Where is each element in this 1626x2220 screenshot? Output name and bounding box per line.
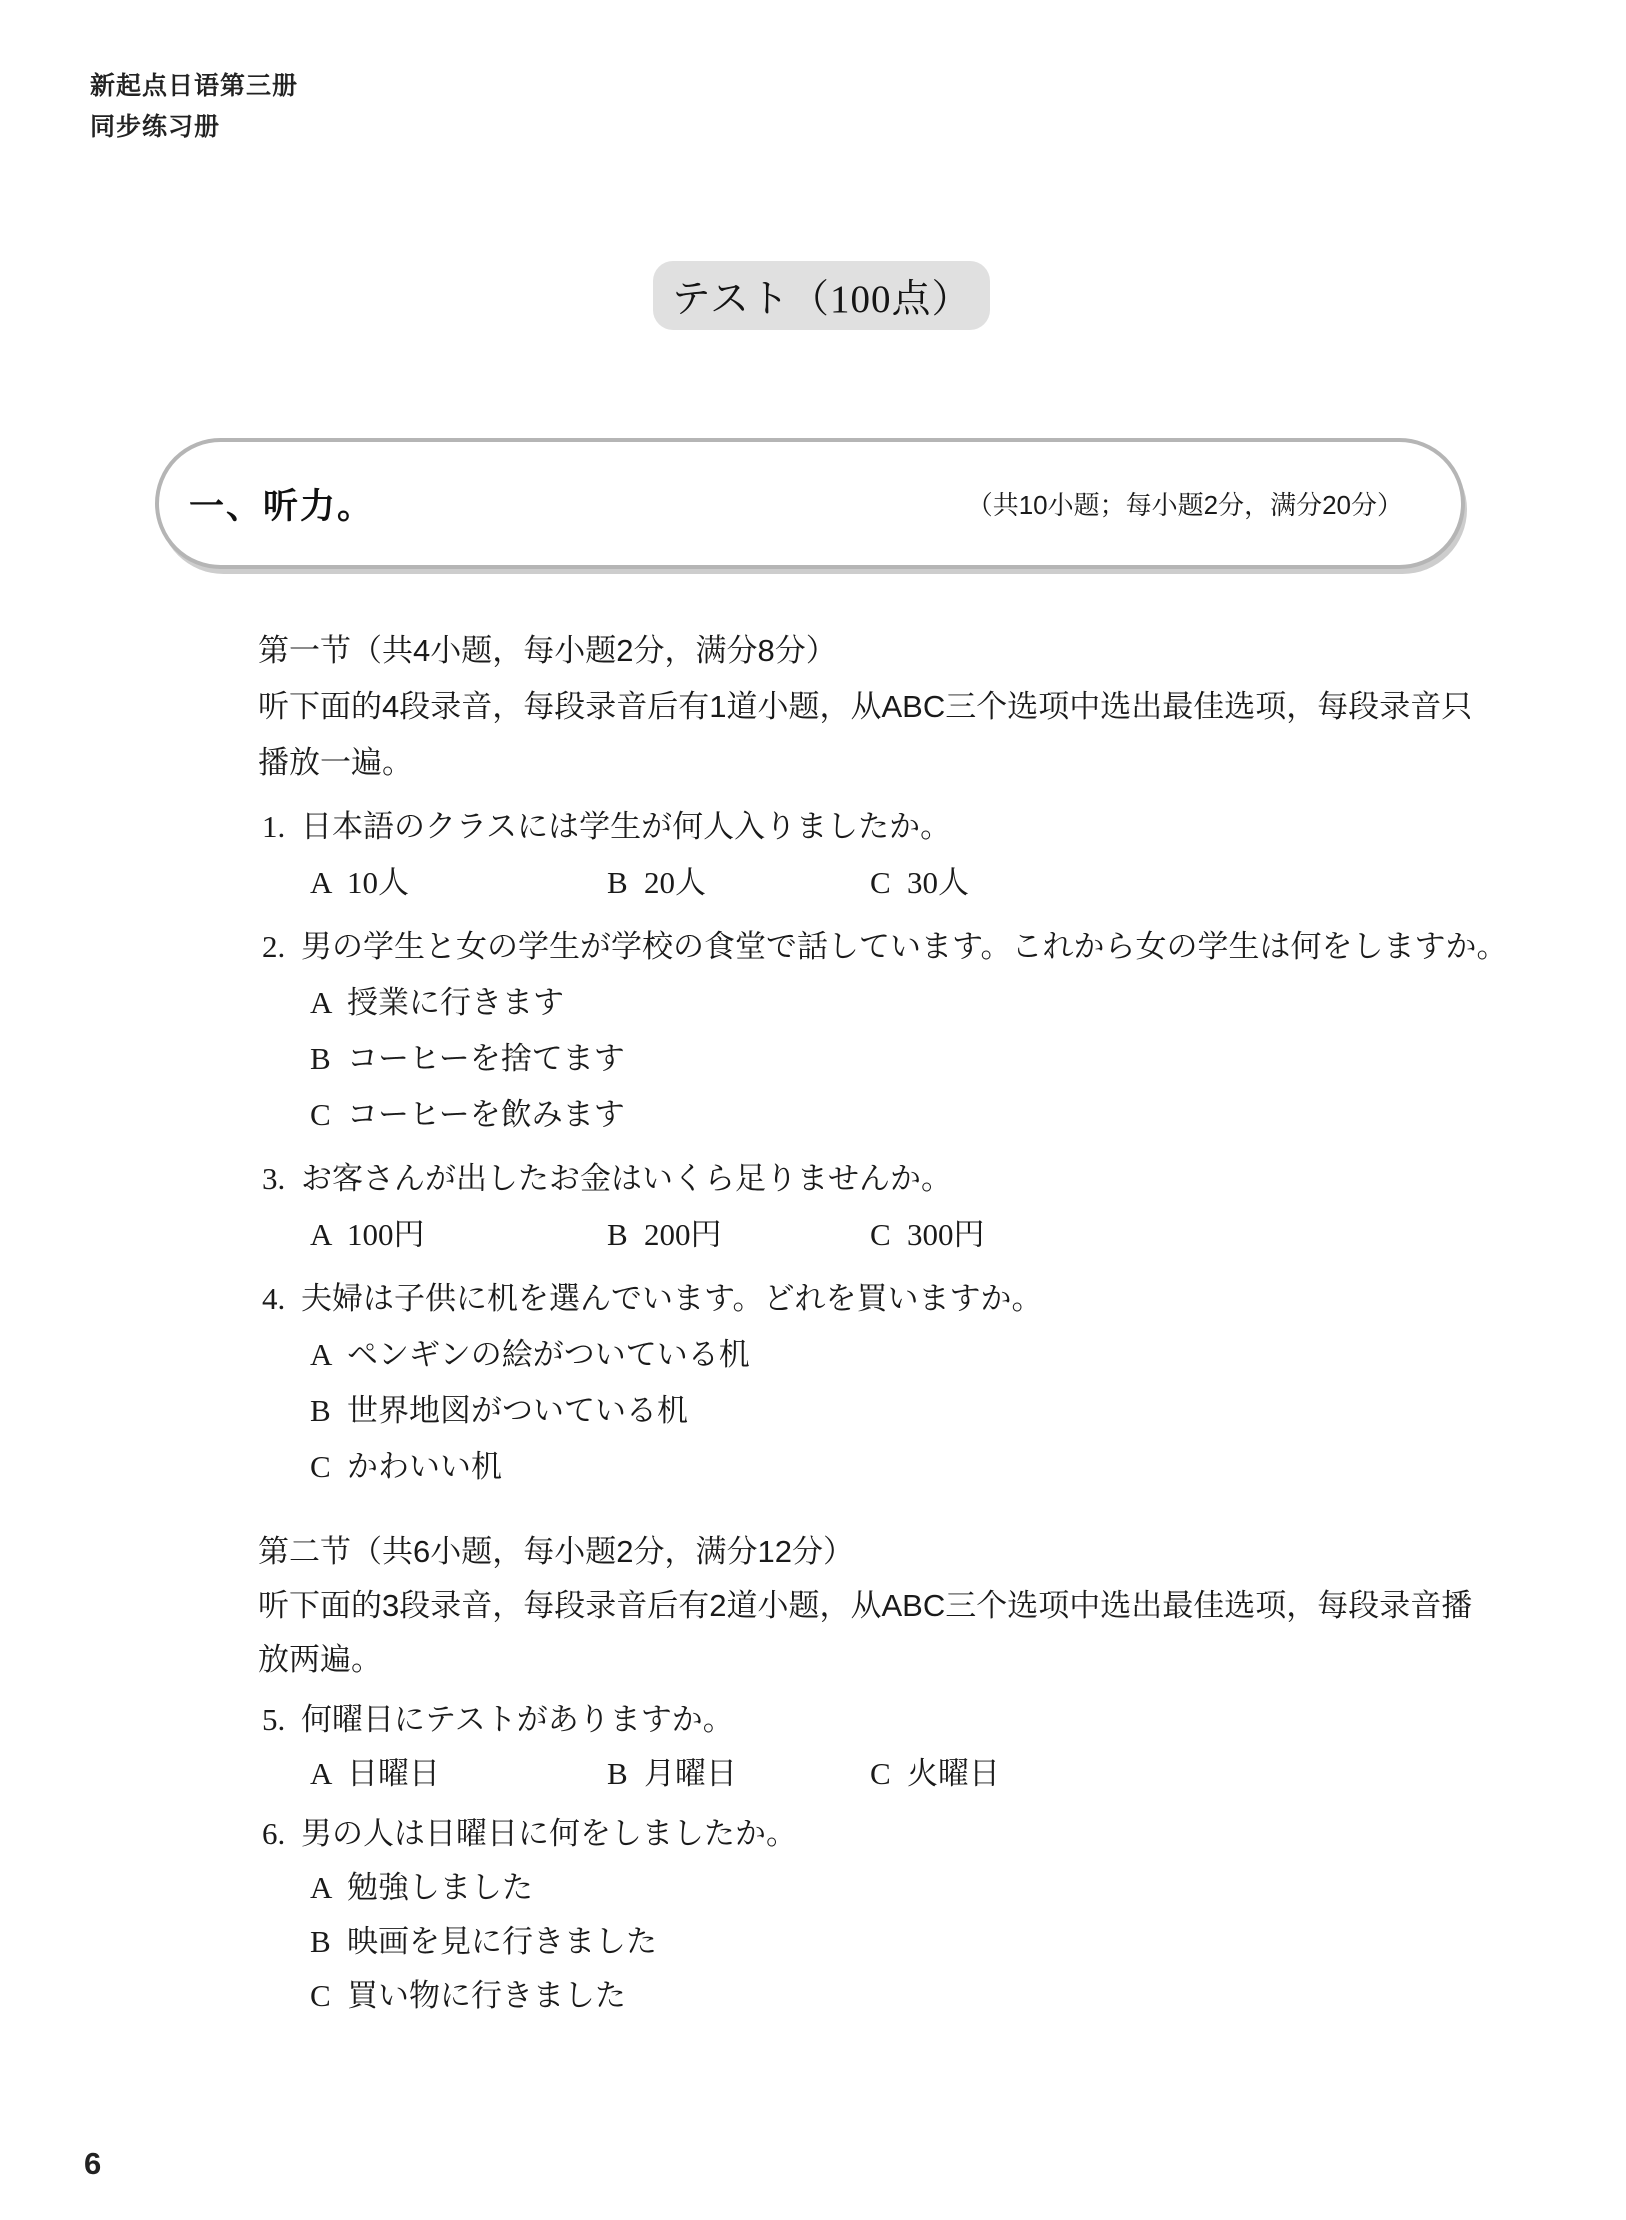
question-2-text: 男の学生と女の学生が学校の食堂で話しています。これから女の学生は何をしますか。 bbox=[301, 929, 1508, 964]
question-6-text: 男の人は日曜日に何をしましたか。 bbox=[301, 1816, 797, 1851]
test-title-text: テスト（100点） bbox=[672, 268, 972, 324]
part-1: 第一节（共4小题，每小题2分，满分8分） 听下面的4段录音，每段录音后有1道小题… bbox=[258, 623, 1520, 1495]
part2-instructions: 听下面的3段录音，每段录音后有2道小题，从ABC三个选项中选出最佳选项，每段录音… bbox=[258, 1579, 1488, 1687]
question-4-number: 4. bbox=[258, 1271, 301, 1327]
option-text: 30人 bbox=[907, 865, 969, 900]
option-text: コーヒーを飲みます bbox=[347, 1097, 625, 1132]
option-label: A bbox=[310, 1747, 347, 1801]
question-4-option-a: Aペンギンの絵がついている机 bbox=[258, 1327, 1520, 1383]
option-label: C bbox=[310, 1969, 347, 2023]
question-6-option-b: B映画を見に行きました bbox=[258, 1915, 1520, 1969]
question-4-options: Aペンギンの絵がついている机 B世界地図がついている机 Cかわいい机 bbox=[258, 1327, 1520, 1495]
question-2-option-c: Cコーヒーを飲みます bbox=[258, 1087, 1520, 1143]
question-4-option-b: B世界地図がついている机 bbox=[258, 1383, 1520, 1439]
question-4-text: 夫婦は子供に机を選んでいます。どれを買いますか。 bbox=[301, 1281, 1043, 1316]
question-5-number: 5. bbox=[258, 1693, 301, 1747]
content-area: 第一节（共4小题，每小题2分，满分8分） 听下面的4段录音，每段录音后有1道小题… bbox=[258, 623, 1520, 2023]
option-label: C bbox=[310, 1087, 347, 1143]
question-6-option-a: A勉強しました bbox=[258, 1861, 1520, 1915]
option-label: A bbox=[310, 855, 347, 911]
question-1-number: 1. bbox=[258, 799, 301, 855]
question-1-option-a: A10人 bbox=[310, 855, 607, 911]
option-text: 授業に行きます bbox=[347, 985, 564, 1020]
question-5-text: 何曜日にテストがありますか。 bbox=[301, 1702, 734, 1737]
option-label: B bbox=[607, 855, 644, 911]
option-label: A bbox=[310, 1861, 347, 1915]
option-label: C bbox=[870, 1747, 907, 1801]
question-4: 4.夫婦は子供に机を選んでいます。どれを買いますか。 Aペンギンの絵がついている… bbox=[258, 1271, 1520, 1495]
question-1-option-b: B20人 bbox=[607, 855, 870, 911]
book-series-title: 新起点日语第三册 bbox=[90, 66, 298, 107]
question-6-option-c: C買い物に行きました bbox=[258, 1969, 1520, 2023]
question-2: 2.男の学生と女の学生が学校の食堂で話しています。これから女の学生は何をしますか… bbox=[258, 919, 1520, 1143]
question-2-option-b: Bコーヒーを捨てます bbox=[258, 1031, 1520, 1087]
option-label: B bbox=[607, 1747, 644, 1801]
option-label: C bbox=[870, 1207, 907, 1263]
option-text: 10人 bbox=[347, 865, 409, 900]
option-text: かわいい机 bbox=[347, 1449, 502, 1484]
question-3-options: A100円 B200円 C300円 bbox=[258, 1207, 1520, 1263]
section-title: 一、听力。 bbox=[189, 479, 374, 529]
option-label: B bbox=[310, 1915, 347, 1969]
question-3-option-a: A100円 bbox=[310, 1207, 607, 1263]
question-2-number: 2. bbox=[258, 919, 301, 975]
question-5: 5.何曜日にテストがありますか。 A日曜日 B月曜日 C火曜日 bbox=[258, 1693, 1520, 1801]
question-1-text: 日本語のクラスには学生が何人入りましたか。 bbox=[301, 809, 951, 844]
question-5-option-b: B月曜日 bbox=[607, 1747, 870, 1801]
page-number: 6 bbox=[84, 2146, 101, 2182]
option-text: 300円 bbox=[907, 1217, 985, 1252]
question-2-options: A授業に行きます Bコーヒーを捨てます Cコーヒーを飲みます bbox=[258, 975, 1520, 1143]
option-label: A bbox=[310, 1207, 347, 1263]
option-label: C bbox=[310, 1439, 347, 1495]
question-3-option-b: B200円 bbox=[607, 1207, 870, 1263]
question-4-option-c: Cかわいい机 bbox=[258, 1439, 1520, 1495]
option-text: 日曜日 bbox=[347, 1756, 440, 1791]
book-header: 新起点日语第三册 同步练习册 bbox=[90, 66, 298, 148]
question-2-option-a: A授業に行きます bbox=[258, 975, 1520, 1031]
option-text: 200円 bbox=[644, 1217, 722, 1252]
option-label: C bbox=[870, 855, 907, 911]
question-1-option-c: C30人 bbox=[870, 855, 969, 911]
option-label: B bbox=[607, 1207, 644, 1263]
question-6: 6.男の人は日曜日に何をしましたか。 A勉強しました B映画を見に行きました C… bbox=[258, 1807, 1520, 2023]
option-text: 火曜日 bbox=[907, 1756, 1000, 1791]
option-label: A bbox=[310, 1327, 347, 1383]
question-6-options: A勉強しました B映画を見に行きました C買い物に行きました bbox=[258, 1861, 1520, 2023]
workbook-page: 新起点日语第三册 同步练习册 テスト（100点） 一、听力。 （共10小题；每小… bbox=[0, 0, 1626, 2220]
question-3-number: 3. bbox=[258, 1151, 301, 1207]
test-title-badge: テスト（100点） bbox=[653, 261, 990, 330]
option-text: 月曜日 bbox=[644, 1756, 737, 1791]
section-banner: 一、听力。 （共10小题；每小题2分，满分20分） bbox=[155, 438, 1465, 569]
question-3: 3.お客さんが出したお金はいくら足りませんか。 A100円 B200円 C300… bbox=[258, 1151, 1520, 1263]
question-1: 1.日本語のクラスには学生が何人入りましたか。 A10人 B20人 C30人 bbox=[258, 799, 1520, 911]
question-6-number: 6. bbox=[258, 1807, 301, 1861]
option-text: 世界地図がついている机 bbox=[347, 1393, 688, 1428]
question-3-option-c: C300円 bbox=[870, 1207, 985, 1263]
book-subtitle: 同步练习册 bbox=[90, 107, 298, 148]
question-5-options: A日曜日 B月曜日 C火曜日 bbox=[258, 1747, 1520, 1801]
option-text: 100円 bbox=[347, 1217, 425, 1252]
question-3-text: お客さんが出したお金はいくら足りませんか。 bbox=[301, 1161, 952, 1196]
part2-heading: 第二节（共6小题，每小题2分，满分12分） bbox=[258, 1525, 1520, 1579]
option-text: 勉強しました bbox=[347, 1870, 533, 1905]
option-text: ペンギンの絵がついている机 bbox=[347, 1337, 750, 1372]
option-label: A bbox=[310, 975, 347, 1031]
section-points: （共10小题；每小题2分，满分20分） bbox=[967, 485, 1403, 522]
question-5-option-c: C火曜日 bbox=[870, 1747, 1000, 1801]
option-text: 映画を見に行きました bbox=[347, 1924, 657, 1959]
part1-heading: 第一节（共4小题，每小题2分，满分8分） bbox=[258, 623, 1520, 679]
question-1-options: A10人 B20人 C30人 bbox=[258, 855, 1520, 911]
option-text: 20人 bbox=[644, 865, 706, 900]
part1-instructions: 听下面的4段录音，每段录音后有1道小题，从ABC三个选项中选出最佳选项，每段录音… bbox=[258, 679, 1488, 791]
option-label: B bbox=[310, 1031, 347, 1087]
option-label: B bbox=[310, 1383, 347, 1439]
option-text: 買い物に行きました bbox=[347, 1978, 626, 2013]
question-5-option-a: A日曜日 bbox=[310, 1747, 607, 1801]
part-2: 第二节（共6小题，每小题2分，满分12分） 听下面的3段录音，每段录音后有2道小… bbox=[258, 1525, 1520, 2023]
option-text: コーヒーを捨てます bbox=[347, 1041, 625, 1076]
